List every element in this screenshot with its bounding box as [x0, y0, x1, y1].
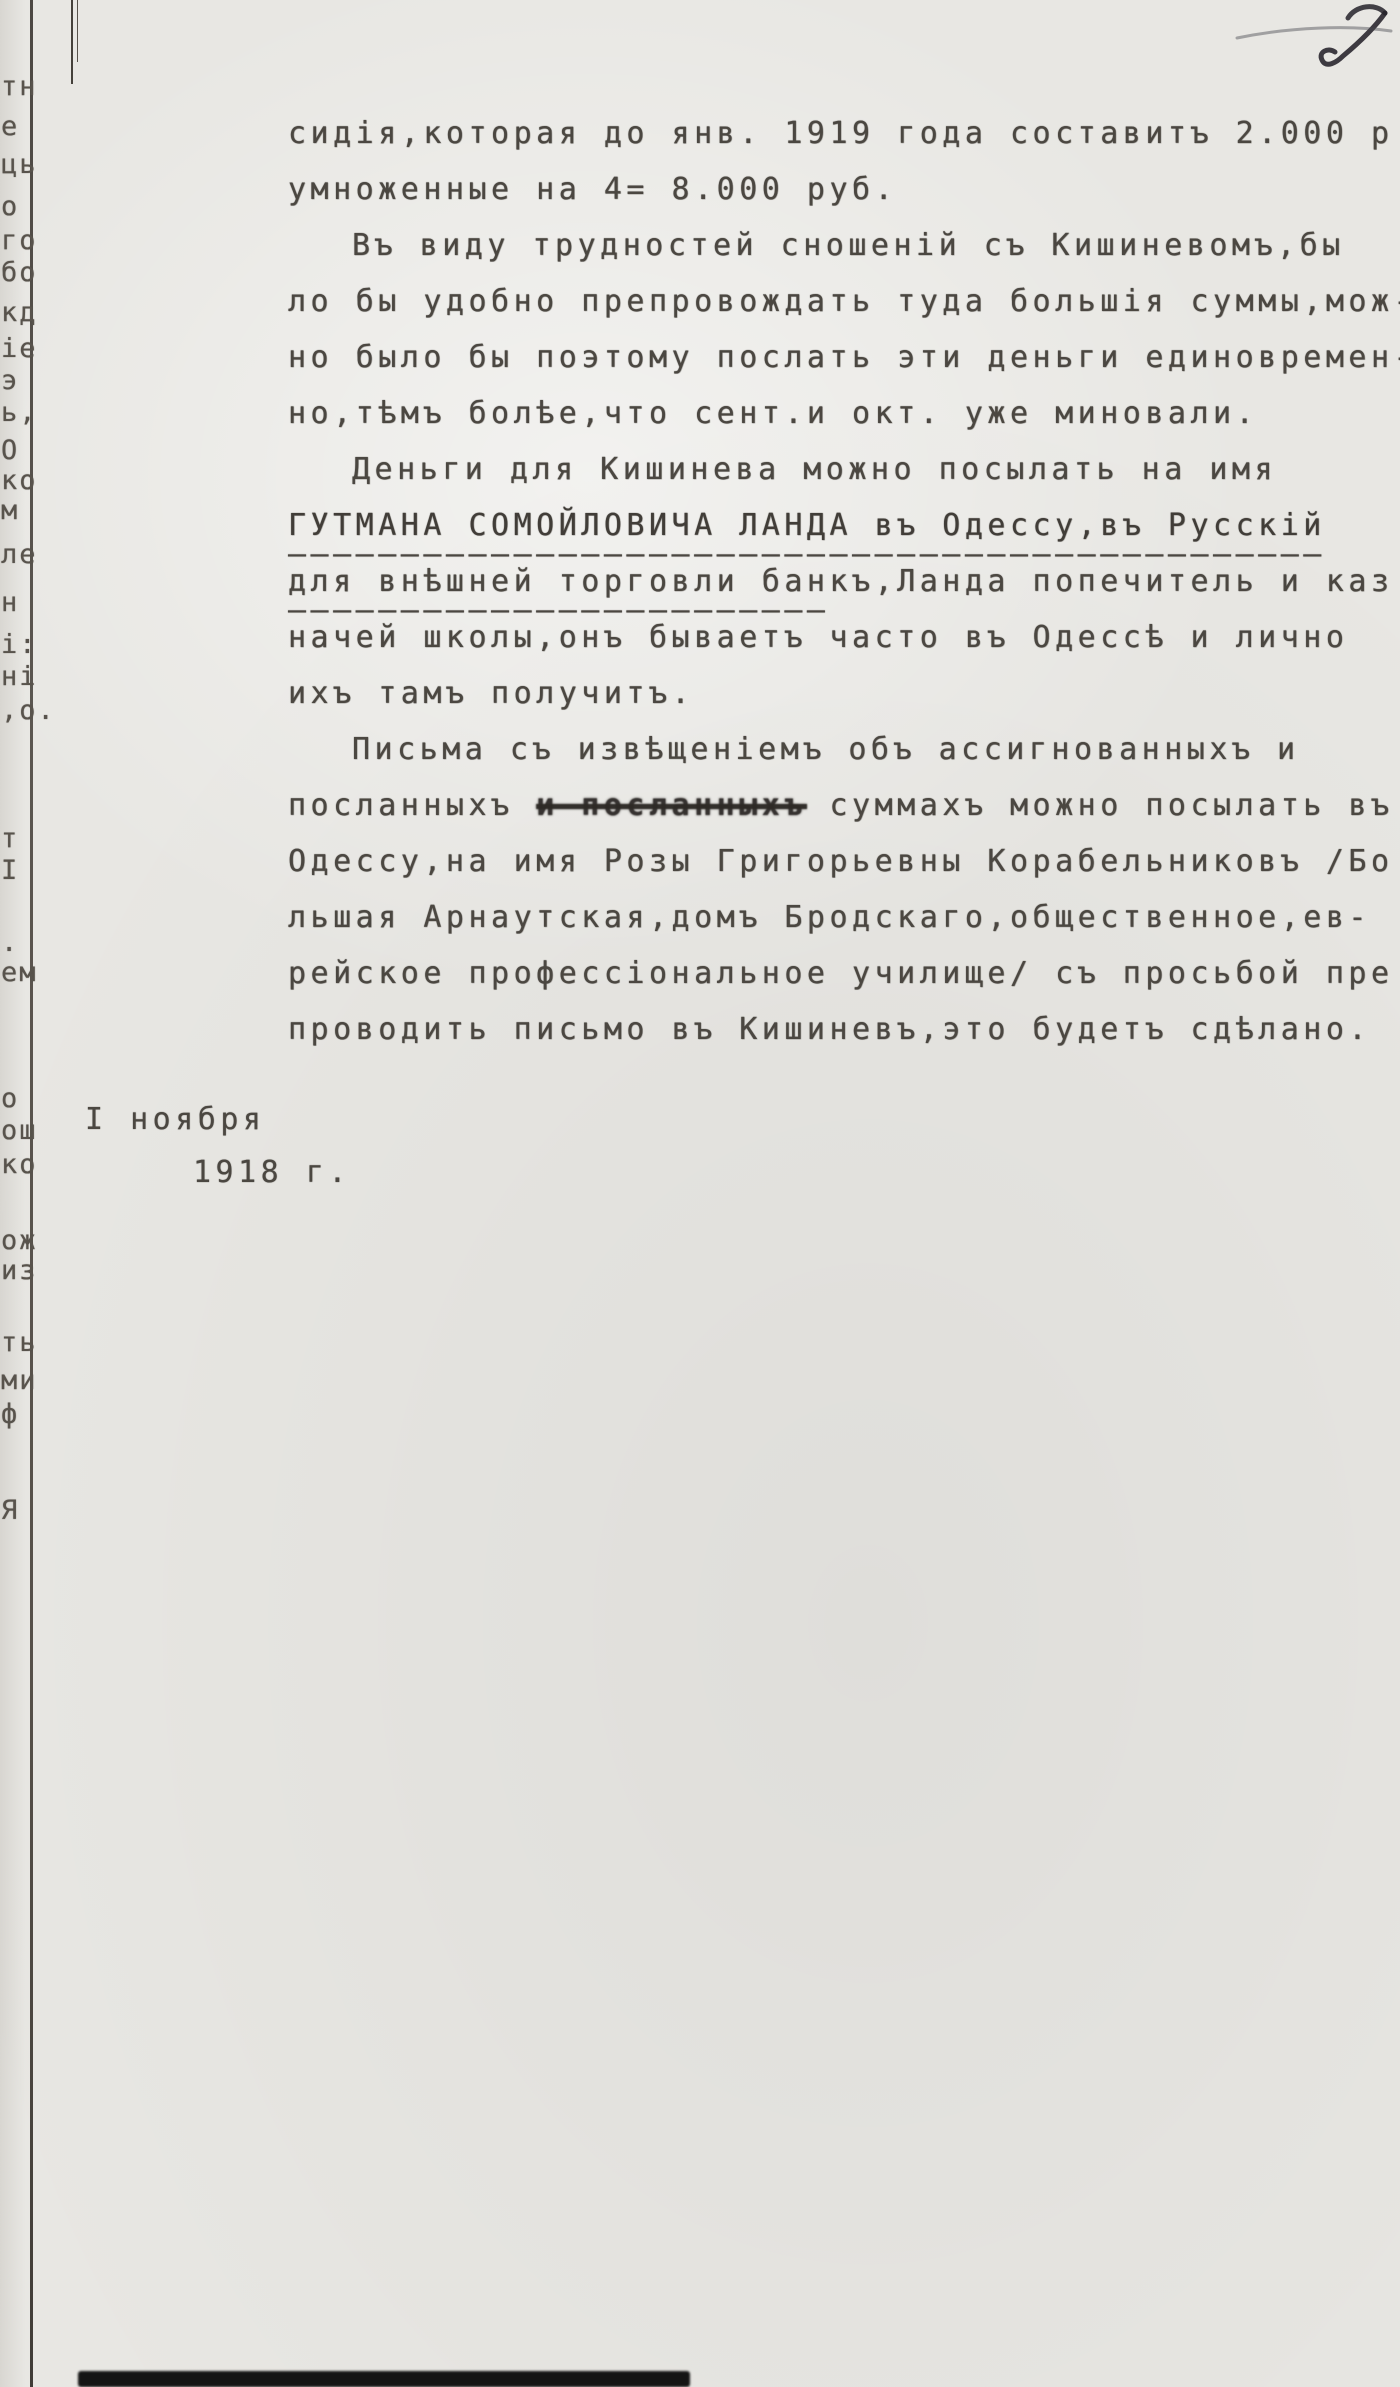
- margin-fragment: ць: [1, 150, 38, 180]
- margin-fragment: ,о.: [1, 696, 56, 726]
- typed-letter-body: сидія,которая до янв. 1919 года составит…: [288, 106, 1400, 1058]
- margin-fragment: І: [1, 856, 19, 886]
- margin-fragment: н: [1, 588, 19, 618]
- scan-bottom-shadow: [78, 2371, 690, 2387]
- margin-fragment: бо: [1, 258, 38, 288]
- letter-line-12: Письма съ извѣщеніемъ объ ассигнованныхъ…: [288, 722, 1400, 778]
- margin-fragment: э: [1, 366, 19, 396]
- letter-line-4: ло бы удобно препровождать туда большія …: [288, 274, 1400, 330]
- date-line-day-month: I ноября: [85, 1100, 266, 1140]
- margin-fragment: ми: [1, 1366, 38, 1396]
- letter-line-5: но было бы поэтому послать эти деньги ед…: [288, 330, 1400, 386]
- margin-fragment: тн: [1, 72, 38, 102]
- letter-line-6: но,тѣмъ болѣе,что сент.и окт. уже минова…: [288, 386, 1400, 442]
- letter-line-13: посланныхъ и посланныхъ суммахъ можно по…: [288, 778, 1400, 834]
- margin-fragment: ть: [1, 1328, 38, 1358]
- margin-fragment: ф: [1, 1400, 19, 1430]
- handwritten-page-number: [1140, 0, 1400, 96]
- margin-fragment: е: [1, 112, 19, 142]
- margin-fragment: Я: [1, 1496, 19, 1526]
- date-line-year: 1918 г.: [193, 1153, 351, 1193]
- dashed-underline-full: ––––––––––––––––––––––––––––––––––––––––…: [288, 548, 1326, 562]
- margin-fragment: м: [1, 496, 19, 526]
- dashed-underline-partial: ––––––––––––––––––––––––: [288, 604, 829, 618]
- margin-fragment: ні: [1, 662, 38, 692]
- margin-fragment: го: [1, 226, 38, 256]
- margin-fragment: ош: [1, 1116, 38, 1146]
- margin-fragment: о: [1, 192, 19, 222]
- margin-fragment: ле: [1, 540, 38, 570]
- letter-line-17: проводить письмо въ Кишиневъ,это будетъ …: [288, 1002, 1400, 1058]
- letter-line-11: ихъ тамъ получитъ.: [288, 666, 1400, 722]
- line-13-before-strike: посланныхъ: [288, 788, 536, 823]
- margin-fragment: О: [1, 436, 19, 466]
- margin-fragment: ь,: [1, 398, 38, 428]
- margin-fragment: ко: [1, 1150, 38, 1180]
- margin-fragment: ко: [1, 466, 38, 496]
- page-edge-line-top-thin: [77, 0, 78, 62]
- margin-fragment: о: [1, 1084, 19, 1114]
- margin-fragment: іе: [1, 334, 38, 364]
- page-edge-line-top: [71, 0, 73, 84]
- letter-line-2: умноженные на 4= 8.000 руб.: [288, 162, 1400, 218]
- margin-fragment: і:: [1, 630, 38, 660]
- margin-fragment: т: [1, 824, 19, 854]
- scanned-letter-page: { "page": { "handwritten_page_number": "…: [0, 0, 1400, 2387]
- struck-out-text: и посланныхъ: [536, 788, 807, 823]
- letter-line-15: льшая Арнаутская,домъ Бродскаго,обществе…: [288, 890, 1400, 946]
- margin-fragment: кд: [1, 298, 38, 328]
- letter-line-7: Деньги для Кишинева можно посылать на им…: [288, 442, 1400, 498]
- letter-line-3: Въ виду трудностей сношеній съ Кишиневом…: [288, 218, 1400, 274]
- letter-line-1: сидія,которая до янв. 1919 года составит…: [288, 106, 1400, 162]
- margin-fragment: ож: [1, 1226, 38, 1256]
- margin-fragment: .: [1, 928, 19, 958]
- seven-diagonal-stroke: [1321, 13, 1385, 64]
- letter-line-14: Одессу,на имя Розы Григорьевны Корабельн…: [288, 834, 1400, 890]
- letter-line-16: рейское профессіональное училище/ съ про…: [288, 946, 1400, 1002]
- line-13-after-strike: суммахъ можно посылать въ: [807, 788, 1394, 823]
- margin-fragment: ем: [1, 958, 38, 988]
- margin-fragment: из: [1, 1256, 38, 1286]
